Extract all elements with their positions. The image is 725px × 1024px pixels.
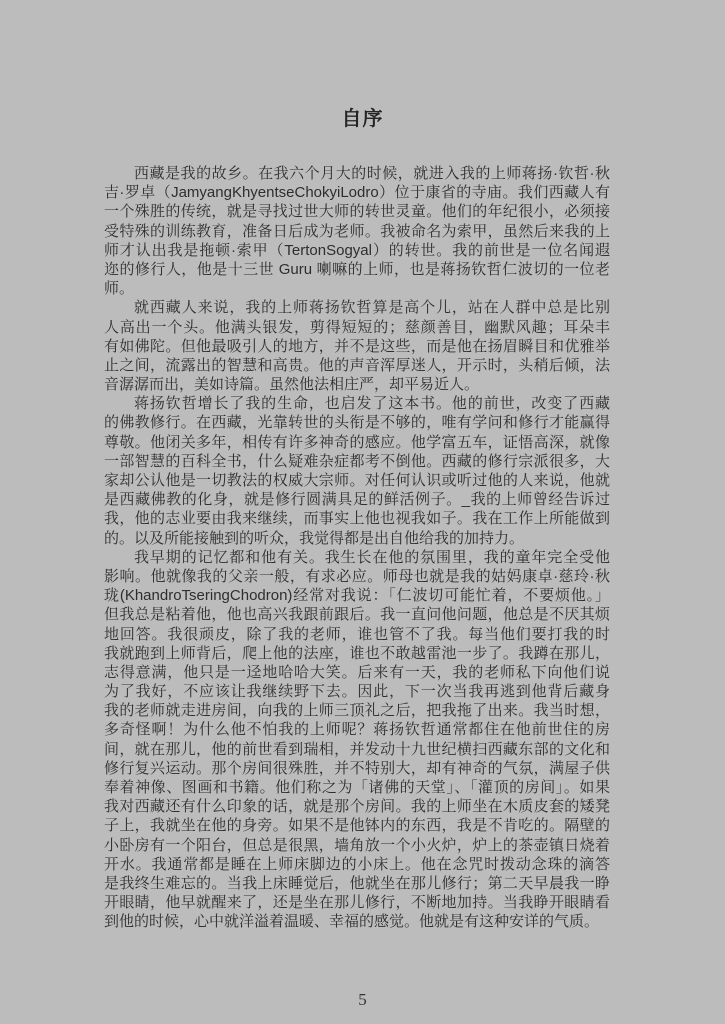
- text-line: 是西藏佛教的化身，就是修行圆满具足的鲜活例子。_我的上师曾经告诉过: [104, 490, 610, 509]
- text-line: 一个殊胜的传统，就是寻找过世大师的转世灵童。他们的年纪很小，必须接: [104, 202, 610, 221]
- page-number: 5: [0, 990, 725, 1010]
- text-line: 珑(KhandroTseringChodron)经常对我说：「仁波切可能忙着，不…: [104, 586, 610, 605]
- text-line: 修行复兴运动。那个房间很殊胜，并不特别大，却有神奇的气氛，满屋子供: [104, 759, 610, 778]
- text-line: 的佛教修行。在西藏，光靠转世的头衔是不够的，唯有学问和修行才能赢得: [104, 413, 610, 432]
- text-line: 师才认出我是拖顿·索甲（TertonSogyal）的转世。我的前世是一位名闻遐: [104, 241, 610, 260]
- text-line: 影响。他就像我的父亲一般，有求必应。师母也就是我的姑妈康卓·慈玲·秋: [104, 567, 610, 586]
- text-line: 我早期的记忆都和他有关。我生长在他的氛围里，我的童年完全受他: [104, 548, 610, 567]
- text-line: 我对西藏还有什么印象的话，就是那个房间。我的上师坐在木质皮套的矮凳: [104, 797, 610, 816]
- paragraph-2: 就西藏人来说，我的上师蒋扬钦哲算是高个儿，站在人群中总是比别 人高出一个头。他满…: [104, 298, 610, 394]
- text-line: 奉着神像、图画和书籍。他们称之为「诸佛的天堂」、「灌顶的房间」。如果: [104, 778, 610, 797]
- text-line: 到他的时候，心中就洋溢着温暖、幸福的感觉。他就是有这种安详的气质。: [104, 912, 610, 931]
- body-text: 西藏是我的故乡。在我六个月大的时候，就进入我的上师蒋扬·钦哲·秋 吉·罗卓（Ja…: [104, 164, 610, 932]
- text-line: 开水。我通常都是睡在上师床脚边的小床上。他在念咒时拨动念珠的滴答声，: [104, 855, 610, 874]
- text-line: 尊敬。他闭关多年，相传有许多神奇的感应。他学富五车，证悟高深，就像: [104, 433, 610, 452]
- text-line: 受特殊的训练教育，准备日后成为老师。我被命名为索甲，虽然后来我的上: [104, 222, 610, 241]
- paragraph-3: 蒋扬钦哲增长了我的生命，也启发了这本书。他的前世，改变了西藏 的佛教修行。在西藏…: [104, 394, 610, 548]
- text-line: 西藏是我的故乡。在我六个月大的时候，就进入我的上师蒋扬·钦哲·秋: [104, 164, 610, 183]
- text-line: 蒋扬钦哲增长了我的生命，也启发了这本书。他的前世，改变了西藏: [104, 394, 610, 413]
- text-line: 子上，我就坐在他的身旁。如果不是他钵内的东西，我是不肯吃的。隔壁的: [104, 816, 610, 835]
- text-line: 但我总是粘着他，他也高兴我跟前跟后。我一直问他问题，他总是不厌其烦: [104, 605, 610, 624]
- text-line: 是我终生难忘的。当我上床睡觉后，他就坐在那儿修行；第二天早晨我一睁: [104, 874, 610, 893]
- text-line: 间，就在那儿，他的前世看到瑞相，并发动十九世纪横扫西藏东部的文化和: [104, 740, 610, 759]
- text-line: 家却公认他是一切教法的权威大宗师。对任何认识或听过他的人来说，他就: [104, 471, 610, 490]
- text-line: 我的老师就走进房间，向我的上师三顶礼之后，把我拖了出来。我当时想，: [104, 701, 610, 720]
- text-line: 多奇怪啊！为什么他不怕我的上师呢？蒋扬钦哲通常都住在他前世住的房: [104, 720, 610, 739]
- text-line: 吉·罗卓（JamyangKhyentseChokyiLodro）位于康省的寺庙。…: [104, 183, 610, 202]
- text-line: 志得意满，他只是一迳地哈哈大笑。后来有一天，我的老师私下向他们说明，: [104, 663, 610, 682]
- text-line: 开眼睛，他早就醒来了，还是坐在那儿修行，不断地加持。当我睁开眼睛看: [104, 893, 610, 912]
- page-title: 自序: [0, 106, 725, 132]
- paragraph-4: 我早期的记忆都和他有关。我生长在他的氛围里，我的童年完全受他 影响。他就像我的父…: [104, 548, 610, 932]
- book-page: 自序 西藏是我的故乡。在我六个月大的时候，就进入我的上师蒋扬·钦哲·秋 吉·罗卓…: [0, 0, 725, 1024]
- text-line: 小卧房有一个阳台，但总是很黑，墙角放一个小火炉，炉上的茶壶镇日烧着: [104, 836, 610, 855]
- text-line: 迩的修行人，他是十三世 Guru 喇嘛的上师，也是蒋扬钦哲仁波切的一位老: [104, 260, 610, 279]
- text-line: 音潺潺而出，美如诗篇。虽然他法相庄严，却平易近人。: [104, 375, 610, 394]
- text-line: 地回答。我很顽皮，除了我的老师，谁也管不了我。每当他们要打我的时候，: [104, 625, 610, 644]
- text-line: 有如佛陀。但他最吸引人的地方，并不是这些，而是他在扬眉瞬目和优雅举: [104, 337, 610, 356]
- text-line: 一部智慧的百科全书，什么疑难杂症都考不倒他。西藏的修行宗派很多，大: [104, 452, 610, 471]
- text-line: 我，他的志业要由我来继续，而事实上他也视我如子。我在工作上所能做到: [104, 509, 610, 528]
- text-line: 人高出一个头。他满头银发，剪得短短的；慈颜善目，幽默风趣；耳朵丰满，: [104, 318, 610, 337]
- text-line: 我就跑到上师背后，爬上他的法座，谁也不敢越雷池一步了。我蹲在那儿，: [104, 644, 610, 663]
- text-line: 师。: [104, 279, 610, 298]
- paragraph-1: 西藏是我的故乡。在我六个月大的时候，就进入我的上师蒋扬·钦哲·秋 吉·罗卓（Ja…: [104, 164, 610, 298]
- text-line: 的。以及所能接触到的听众，我觉得都是出自他给我的加持力。: [104, 529, 610, 548]
- text-line: 为了我好，不应该让我继续野下去。因此，下一次当我再逃到他背后藏身时，: [104, 682, 610, 701]
- text-line: 就西藏人来说，我的上师蒋扬钦哲算是高个儿，站在人群中总是比别: [104, 298, 610, 317]
- text-line: 止之间，流露出的智慧和高贵。他的声音浑厚迷人，开示时，头稍后倾，法: [104, 356, 610, 375]
